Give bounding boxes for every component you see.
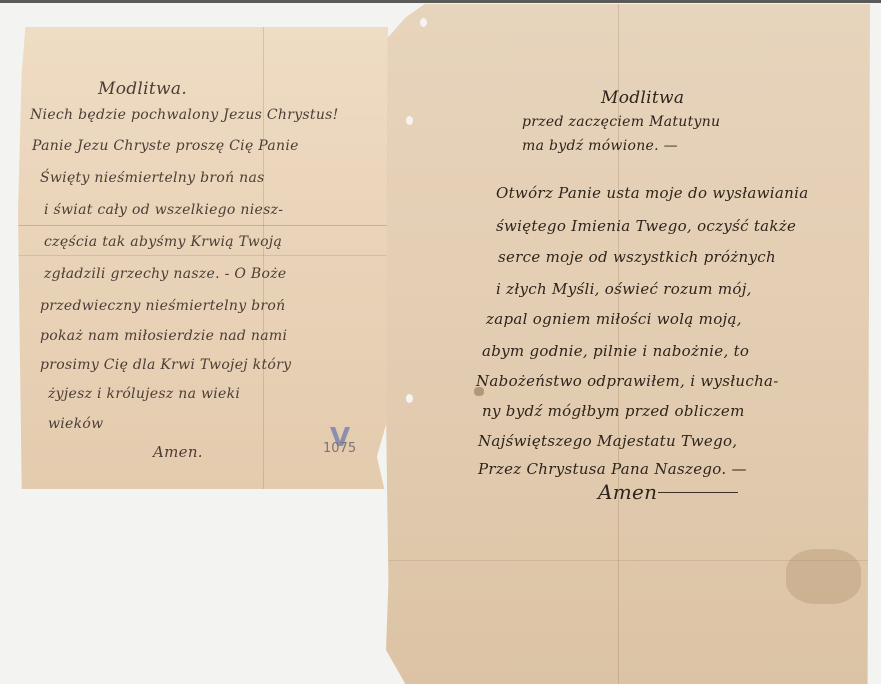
left-prayer-line: żyjesz i królujesz na wieki (48, 386, 240, 402)
left-prayer-line: przedwieczny nieśmiertelny broń (40, 298, 285, 314)
right-document-sheet: Modlitwa przed zaczęciem Matutynu ma byd… (386, 4, 870, 684)
punch-hole (406, 116, 413, 125)
left-prayer-line: Panie Jezu Chryste proszę Cię Panie (32, 138, 299, 154)
right-prayer-title: Modlitwa (601, 88, 684, 108)
punch-hole (420, 18, 427, 27)
right-prayer-line: abym godnie, pilnie i nabożnie, to (482, 342, 749, 360)
archive-number: 1075 (323, 441, 356, 456)
left-prayer-title: Modlitwa. (98, 79, 187, 99)
fold-crease (18, 255, 388, 256)
left-prayer-line: częścia tak abyśmy Krwią Twoją (44, 234, 282, 250)
closing-flourish-line (658, 492, 738, 493)
right-prayer-line: serce moje od wszystkich próżnych (498, 248, 776, 266)
punch-hole (406, 394, 413, 403)
left-prayer-line: i świat cały od wszelkiego niesz- (44, 202, 283, 218)
left-prayer-line: zgładzili grzechy nasze. - O Boże (44, 266, 286, 282)
left-prayer-line: wieków (48, 416, 103, 432)
scanner-edge (0, 0, 881, 3)
right-prayer-line: Przez Chrystusa Pana Naszego. — (478, 460, 747, 478)
left-document-sheet: Modlitwa. Niech będzie pochwalony Jezus … (18, 27, 388, 489)
right-prayer-line: Nabożeństwo odprawiłem, i wysłucha- (476, 372, 779, 390)
right-prayer-line: i złych Myśli, oświeć rozum mój, (496, 280, 752, 298)
right-prayer-subtitle: przed zaczęciem Matutynu (522, 114, 720, 130)
left-prayer-line: Niech będzie pochwalony Jezus Chrystus! (30, 107, 339, 123)
left-prayer-line: prosimy Cię dla Krwi Twojej który (40, 357, 291, 373)
left-prayer-closing: Amen. (153, 443, 203, 461)
right-prayer-line: ny bydź mógłbym przed obliczem (482, 402, 745, 420)
fold-crease (263, 27, 264, 489)
left-prayer-line: Święty nieśmiertelny broń nas (40, 170, 265, 186)
left-prayer-line: pokaż nam miłosierdzie nad nami (40, 328, 287, 344)
right-prayer-line: świętego Imienia Twego, oczyść także (496, 217, 796, 235)
right-prayer-line: Otwórz Panie usta moje do wysławiania (496, 184, 808, 202)
right-prayer-subtitle: ma bydź mówione. — (522, 138, 678, 154)
fold-crease (18, 225, 388, 226)
water-stain (786, 549, 861, 604)
right-prayer-line: zapal ogniem miłości wolą moją, (486, 310, 742, 328)
right-prayer-closing: Amen (598, 480, 657, 504)
right-prayer-line: Najświętszego Majestatu Twego, (478, 432, 737, 450)
